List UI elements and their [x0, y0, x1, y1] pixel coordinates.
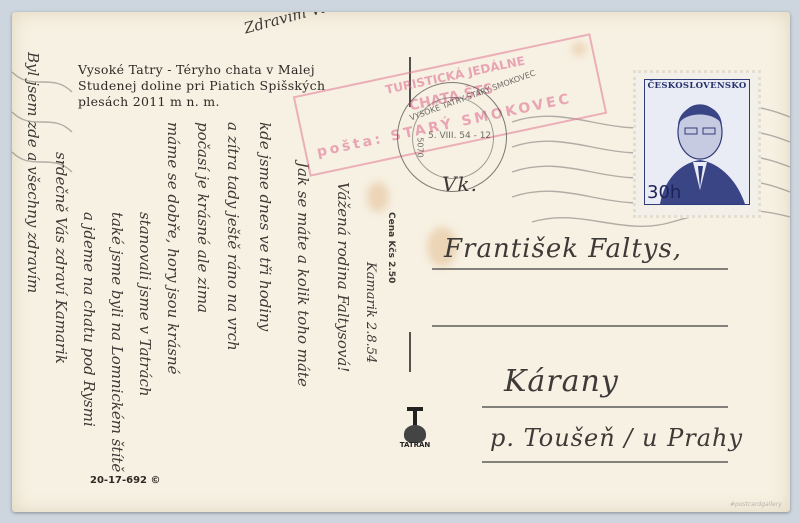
address-district: p. Toušeň / u Prahy — [490, 424, 743, 452]
address-town: Kárany — [504, 364, 619, 399]
message-line: také jsme byli na Lomnickém štítě — [108, 212, 126, 472]
postcard: Vysoké Tatry - Téryho chata v Malej Stud… — [12, 12, 790, 512]
caption-line: Studenej doline pri Piatich Spišských — [78, 78, 325, 94]
address-name: František Faltys, — [444, 234, 682, 264]
logo-label: TATRAN — [395, 441, 435, 449]
price-label: Cena Kčs 2.50 — [386, 212, 396, 283]
address-salutation: Vk. — [442, 172, 478, 196]
postmark-date: 5. VIII. 54 - 12 — [428, 131, 491, 141]
message-line: máme se dobře, hory jsou krásné — [164, 122, 182, 375]
publisher-code: 20-17-692 © — [90, 475, 161, 486]
message-line: stanovali jsme v Tatrách — [136, 212, 154, 397]
logo-stem — [413, 410, 417, 426]
stamp-design: ČESKOSLOVENSKO 30h — [644, 79, 750, 205]
message-line: srdečně Vás zdraví Kamarik — [52, 152, 70, 364]
postcard-caption: Vysoké Tatry - Téryho chata v Malej Stud… — [78, 62, 325, 110]
message-line: a jdeme na chatu pod Rysmi — [80, 212, 98, 427]
caption-line: plesách 2011 m n. m. — [78, 94, 325, 110]
stamp-value: 30h — [647, 182, 681, 203]
message-line: a zítra tady ještě ráno na vrch — [224, 122, 242, 351]
message-line: Jak se máte a kolik toho máte — [294, 162, 312, 387]
publisher-logo: TATRAN — [395, 407, 435, 457]
watermark: #postcardgallery — [730, 501, 782, 508]
message-line: počasí je krásné ale zima — [194, 122, 212, 313]
message-line: Vážená rodina Faltysová! — [334, 182, 352, 372]
message-line: Byl jsem zde a všechny zdravím — [24, 52, 42, 293]
postage-stamp: ČESKOSLOVENSKO 30h — [633, 70, 761, 218]
sender-date: Kamarik 2.8.54 — [363, 262, 378, 363]
message-line: kde jsme dnes ve tři hodiny — [256, 122, 274, 331]
caption-line: Vysoké Tatry - Téryho chata v Malej — [78, 62, 325, 78]
postmark-code: 5070 — [416, 137, 425, 157]
